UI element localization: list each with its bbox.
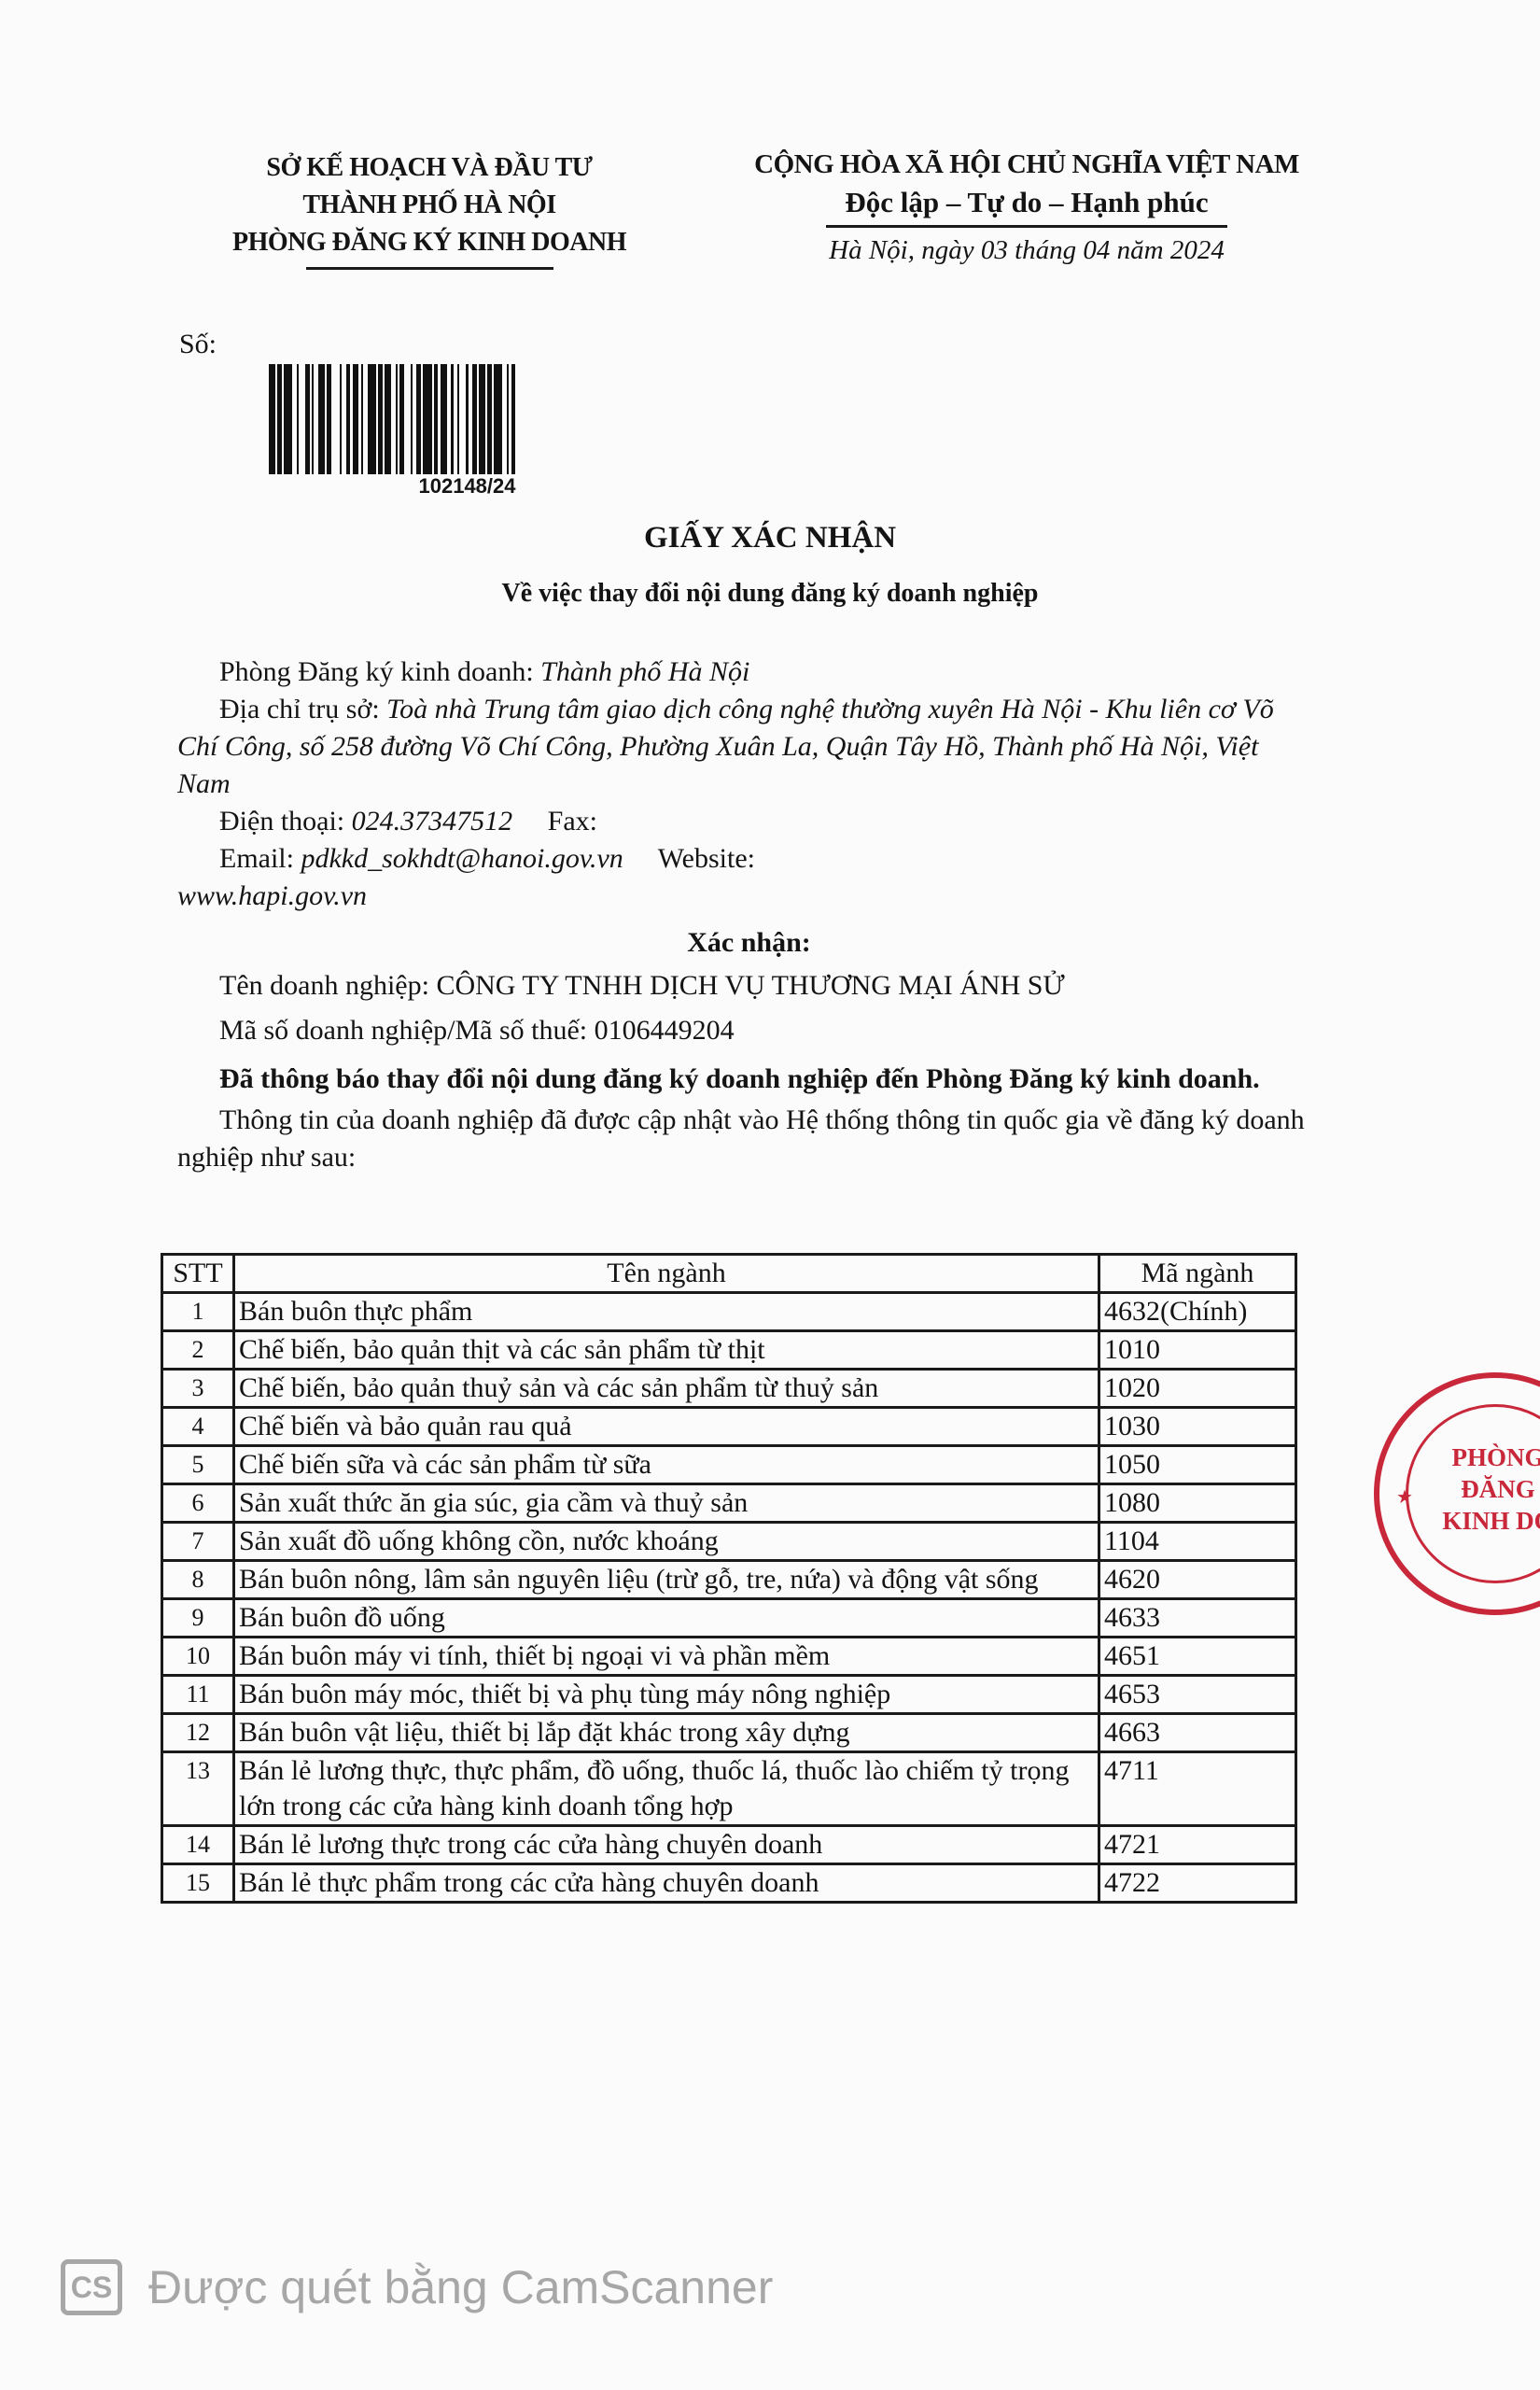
- table-row: 5Chế biến sữa và các sản phẩm từ sữa1050: [162, 1446, 1296, 1484]
- office-address: Địa chỉ trụ sở: Toà nhà Trung tâm giao d…: [177, 691, 1297, 803]
- notice-bold: Đã thông báo thay đổi nội dung đăng ký d…: [177, 1061, 1321, 1098]
- row-industry-name: Bán buôn máy vi tính, thiết bị ngoại vi …: [234, 1638, 1099, 1676]
- barcode-number: 102148/24: [269, 474, 665, 499]
- motto: Độc lập – Tự do – Hạnh phúc: [709, 184, 1344, 221]
- row-industry-name: Bán buôn nông, lâm sản nguyên liệu (trừ …: [234, 1561, 1099, 1599]
- table-row: 7Sản xuất đồ uống không cồn, nước khoáng…: [162, 1523, 1296, 1561]
- table-header-row: STT Tên ngành Mã ngành: [162, 1255, 1296, 1293]
- header-name: Tên ngành: [234, 1255, 1099, 1293]
- row-industry-name: Chế biến sữa và các sản phẩm từ sữa: [234, 1446, 1099, 1484]
- table-row: 6Sản xuất thức ăn gia súc, gia cầm và th…: [162, 1484, 1296, 1523]
- official-stamp: ★ PHÒNG ĐĂNG KINH DO: [1374, 1372, 1540, 1615]
- row-stt: 14: [162, 1826, 234, 1864]
- row-industry-code: 1020: [1099, 1370, 1296, 1408]
- nation-name: CỘNG HÒA XÃ HỘI CHỦ NGHĨA VIỆT NAM: [709, 145, 1344, 184]
- table-row: 15Bán lẻ thực phẩm trong các cửa hàng ch…: [162, 1864, 1296, 1903]
- row-stt: 2: [162, 1331, 234, 1370]
- number-label: Số:: [179, 329, 217, 360]
- table-row: 3Chế biến, bảo quản thuỷ sản và các sản …: [162, 1370, 1296, 1408]
- divider: [306, 267, 553, 270]
- header-code: Mã ngành: [1099, 1255, 1296, 1293]
- office-phone: Điện thoại: 024.37347512 Fax:: [177, 803, 1321, 840]
- watermark-text: Được quét bằng CamScanner: [148, 2260, 773, 2314]
- table-row: 13Bán lẻ lương thực, thực phẩm, đồ uống,…: [162, 1752, 1296, 1826]
- website-link[interactable]: www.hapi.gov.vn: [177, 880, 367, 911]
- office-name: Phòng Đăng ký kinh doanh: Thành phố Hà N…: [177, 654, 1321, 691]
- camscanner-watermark: CS Được quét bằng CamScanner: [61, 2259, 773, 2315]
- row-industry-code: 4633: [1099, 1599, 1296, 1638]
- row-stt: 5: [162, 1446, 234, 1484]
- row-industry-name: Bán lẻ lương thực, thực phẩm, đồ uống, t…: [234, 1752, 1099, 1826]
- row-industry-name: Chế biến và bảo quản rau quả: [234, 1408, 1099, 1446]
- issue-date: Hà Nội, ngày 03 tháng 04 năm 2024: [709, 235, 1344, 266]
- row-stt: 7: [162, 1523, 234, 1561]
- row-industry-code: 4722: [1099, 1864, 1296, 1903]
- agency-line: SỞ KẾ HOẠCH VÀ ĐẦU TƯ: [168, 149, 691, 187]
- row-stt: 6: [162, 1484, 234, 1523]
- row-industry-name: Sản xuất đồ uống không cồn, nước khoáng: [234, 1523, 1099, 1561]
- table-row: 9Bán buôn đồ uống4633: [162, 1599, 1296, 1638]
- table-row: 14Bán lẻ lương thực trong các cửa hàng c…: [162, 1826, 1296, 1864]
- confirmation: Xác nhận: Tên doanh nghiệp: CÔNG TY TNHH…: [177, 924, 1321, 1176]
- star-icon: ★: [1396, 1485, 1413, 1509]
- stamp-text: PHÒNG ĐĂNG KINH DO: [1428, 1441, 1540, 1537]
- notice-info: Thông tin của doanh nghiệp đã được cập n…: [177, 1102, 1321, 1176]
- table-row: 10Bán buôn máy vi tính, thiết bị ngoại v…: [162, 1638, 1296, 1676]
- header-stt: STT: [162, 1255, 234, 1293]
- table-row: 4Chế biến và bảo quản rau quả1030: [162, 1408, 1296, 1446]
- divider: [826, 225, 1227, 228]
- row-industry-code: 1010: [1099, 1331, 1296, 1370]
- row-industry-name: Chế biến, bảo quản thuỷ sản và các sản p…: [234, 1370, 1099, 1408]
- row-industry-name: Bán buôn thực phẩm: [234, 1293, 1099, 1331]
- row-industry-name: Bán buôn máy móc, thiết bị và phụ tùng m…: [234, 1676, 1099, 1714]
- agency-header: SỞ KẾ HOẠCH VÀ ĐẦU TƯ THÀNH PHỐ HÀ NỘI P…: [168, 149, 691, 270]
- row-stt: 10: [162, 1638, 234, 1676]
- row-industry-name: Bán lẻ lương thực trong các cửa hàng chu…: [234, 1826, 1099, 1864]
- row-stt: 15: [162, 1864, 234, 1903]
- row-stt: 1: [162, 1293, 234, 1331]
- office-website: www.hapi.gov.vn: [177, 878, 1321, 915]
- row-industry-code: 4632(Chính): [1099, 1293, 1296, 1331]
- row-industry-code: 1080: [1099, 1484, 1296, 1523]
- office-info: Phòng Đăng ký kinh doanh: Thành phố Hà N…: [177, 654, 1321, 915]
- office-email: Email: pdkkd_sokhdt@hanoi.gov.vn Website…: [177, 840, 1321, 878]
- nation-header: CỘNG HÒA XÃ HỘI CHỦ NGHĨA VIỆT NAM Độc l…: [709, 145, 1344, 266]
- row-industry-name: Bán buôn đồ uống: [234, 1599, 1099, 1638]
- camscanner-logo-icon: CS: [61, 2259, 122, 2315]
- row-stt: 13: [162, 1752, 234, 1826]
- row-industry-code: 1030: [1099, 1408, 1296, 1446]
- row-stt: 11: [162, 1676, 234, 1714]
- agency-line: PHÒNG ĐĂNG KÝ KINH DOANH: [168, 224, 691, 261]
- row-industry-code: 1050: [1099, 1446, 1296, 1484]
- row-industry-code: 1104: [1099, 1523, 1296, 1561]
- row-industry-name: Bán lẻ thực phẩm trong các cửa hàng chuy…: [234, 1864, 1099, 1903]
- row-industry-name: Bán buôn vật liệu, thiết bị lắp đặt khác…: [234, 1714, 1099, 1752]
- company-name: Tên doanh nghiệp: CÔNG TY TNHH DỊCH VỤ T…: [177, 967, 1321, 1005]
- table-row: 1Bán buôn thực phẩm4632(Chính): [162, 1293, 1296, 1331]
- row-industry-code: 4711: [1099, 1752, 1296, 1826]
- tax-code: Mã số doanh nghiệp/Mã số thuế: 010644920…: [177, 1012, 1321, 1049]
- row-industry-code: 4663: [1099, 1714, 1296, 1752]
- row-industry-code: 4653: [1099, 1676, 1296, 1714]
- table-row: 11Bán buôn máy móc, thiết bị và phụ tùng…: [162, 1676, 1296, 1714]
- row-stt: 8: [162, 1561, 234, 1599]
- document-title: GIẤY XÁC NHẬN: [0, 521, 1540, 555]
- row-stt: 4: [162, 1408, 234, 1446]
- row-industry-name: Sản xuất thức ăn gia súc, gia cầm và thu…: [234, 1484, 1099, 1523]
- barcode: [269, 364, 665, 474]
- table-row: 8Bán buôn nông, lâm sản nguyên liệu (trừ…: [162, 1561, 1296, 1599]
- confirm-heading: Xác nhận:: [177, 924, 1321, 962]
- agency-line: THÀNH PHỐ HÀ NỘI: [168, 187, 691, 224]
- row-industry-code: 4721: [1099, 1826, 1296, 1864]
- row-industry-code: 4620: [1099, 1561, 1296, 1599]
- table-row: 12Bán buôn vật liệu, thiết bị lắp đặt kh…: [162, 1714, 1296, 1752]
- row-stt: 9: [162, 1599, 234, 1638]
- document-subtitle: Về việc thay đổi nội dung đăng ký doanh …: [0, 579, 1540, 609]
- row-industry-code: 4651: [1099, 1638, 1296, 1676]
- email-link[interactable]: pdkkd_sokhdt@hanoi.gov.vn: [301, 843, 623, 874]
- row-stt: 12: [162, 1714, 234, 1752]
- row-stt: 3: [162, 1370, 234, 1408]
- table-row: 2Chế biến, bảo quản thịt và các sản phẩm…: [162, 1331, 1296, 1370]
- row-industry-name: Chế biến, bảo quản thịt và các sản phẩm …: [234, 1331, 1099, 1370]
- business-lines-table: STT Tên ngành Mã ngành 1Bán buôn thực ph…: [161, 1253, 1297, 1904]
